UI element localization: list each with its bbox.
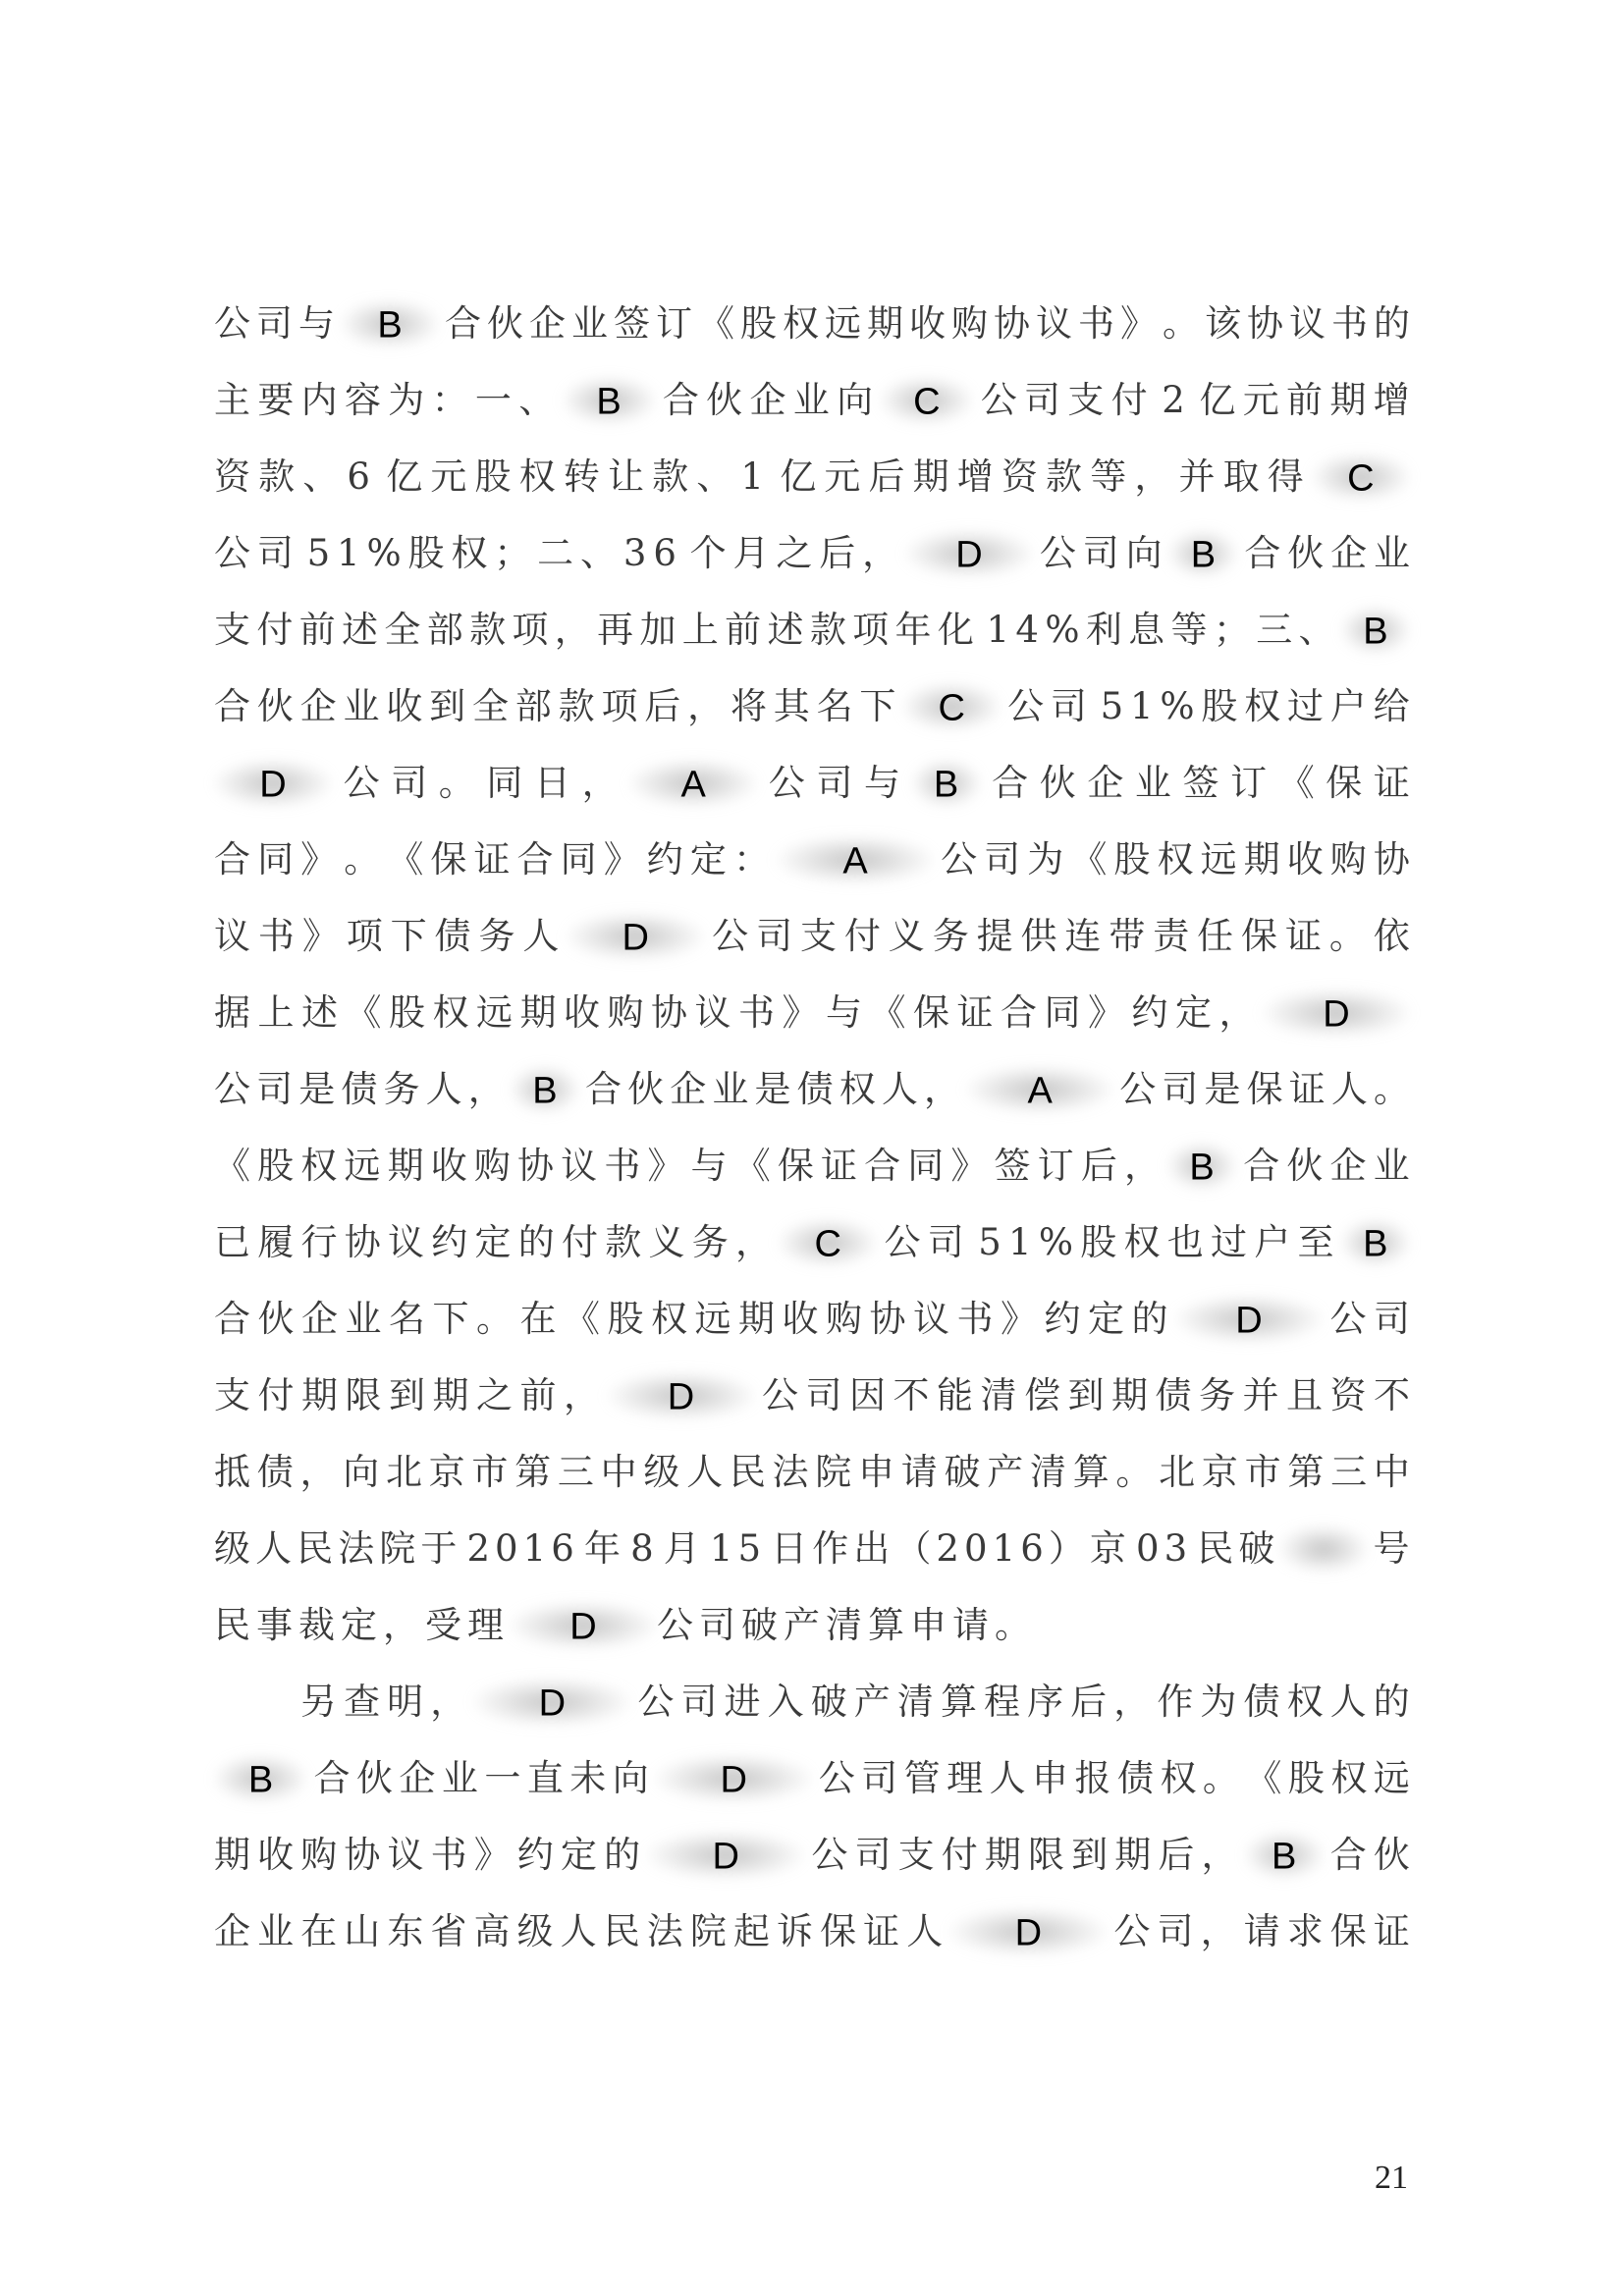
- party-label: A: [842, 843, 867, 881]
- text-char: 述: [767, 601, 803, 660]
- text-char: 2: [936, 1520, 959, 1578]
- text-char: 期: [913, 448, 949, 507]
- text-char: 约: [517, 1826, 554, 1885]
- redacted-party: D: [473, 1673, 630, 1732]
- text-char: 公: [1113, 1902, 1150, 1961]
- text-char: 合: [1243, 1137, 1279, 1196]
- redacted-party: A: [629, 754, 757, 813]
- text-char: 未: [569, 1749, 606, 1808]
- redacted-party: B: [511, 1060, 579, 1119]
- redacted-party: C: [880, 371, 973, 430]
- text-char: 保: [778, 1137, 814, 1196]
- text-char: 加: [639, 601, 676, 660]
- text-char: 省: [430, 1902, 466, 1961]
- text-char: 已: [214, 1213, 250, 1272]
- text-char: 业: [346, 1290, 382, 1349]
- text-char: 取: [1223, 448, 1260, 507]
- text-char: 高: [473, 1902, 510, 1961]
- text-char: （: [894, 1520, 931, 1578]
- text-char: 公: [941, 830, 977, 889]
- text-char: 入: [768, 1673, 804, 1732]
- text-char: 产: [854, 1673, 891, 1732]
- text-char: 序: [1027, 1673, 1063, 1732]
- text-char: 议: [561, 1137, 597, 1196]
- text-char: 中: [1374, 1443, 1410, 1502]
- text-char: 、: [518, 371, 555, 430]
- text-char: 业: [442, 1749, 478, 1808]
- text-line: 抵债，向北京市第三中级人民法院申请破产清算。北京市第三中: [214, 1443, 1410, 1502]
- text-char: 公: [657, 1596, 693, 1655]
- text-char: 伙: [257, 677, 294, 736]
- text-char: 。: [1115, 1443, 1152, 1502]
- text-char: 司: [861, 1749, 897, 1808]
- text-char: ；: [494, 524, 530, 583]
- text-char: ，: [735, 1213, 772, 1272]
- text-char: 合: [445, 294, 481, 353]
- party-label: D: [1015, 1915, 1042, 1952]
- text-char: 保: [1247, 1060, 1283, 1119]
- text-char: 亿: [386, 448, 422, 507]
- text-char: 定: [475, 1213, 512, 1272]
- text-char: 司: [256, 1060, 293, 1119]
- text-char: 企: [529, 294, 566, 353]
- text-char: 增: [957, 448, 994, 507]
- text-char: 伙: [1374, 1826, 1410, 1885]
- text-char: 定: [341, 1596, 377, 1655]
- text-char: %: [1160, 677, 1194, 736]
- text-char: 个: [690, 524, 727, 583]
- redaction-blur: [1279, 1525, 1368, 1573]
- text-char: 。: [1163, 294, 1199, 353]
- text-char: 协: [870, 1290, 906, 1349]
- text-char: 义: [649, 1213, 685, 1272]
- text-char: 企: [214, 1902, 250, 1961]
- text-char: 债: [341, 1060, 377, 1119]
- text-char: 企: [1330, 1137, 1367, 1196]
- text-char: 公: [819, 1749, 855, 1808]
- text-char: 业: [343, 677, 379, 736]
- text-char: ，: [1219, 984, 1256, 1042]
- text-char: 司: [806, 1366, 842, 1425]
- text-char: 民: [730, 1443, 766, 1502]
- text-char: 合: [585, 1060, 622, 1119]
- text-char: 股: [740, 294, 777, 353]
- text-char: 公: [885, 1213, 921, 1272]
- text-char: 企: [749, 371, 785, 430]
- text-char: 下: [859, 677, 895, 736]
- text-char: 至: [1298, 1213, 1334, 1272]
- text-char: 收: [909, 294, 946, 353]
- text-char: 后: [868, 448, 904, 507]
- text-char: 供: [1021, 907, 1057, 966]
- text-char: 元: [824, 448, 860, 507]
- text-char: 一: [484, 1749, 520, 1808]
- text-char: 作: [1157, 1673, 1193, 1732]
- text-char: 期: [1329, 371, 1366, 430]
- text-char: 期: [867, 294, 903, 353]
- text-char: 后: [1081, 1137, 1117, 1196]
- text-char: 伙: [706, 371, 742, 430]
- text-char: 款: [469, 601, 506, 660]
- text-char: 司: [1157, 1902, 1193, 1961]
- text-char: 申: [858, 1443, 894, 1502]
- text-char: 协: [345, 1213, 381, 1272]
- text-char: 利: [1086, 601, 1122, 660]
- text-char: 务: [692, 1213, 729, 1272]
- text-char: 定: [1175, 984, 1212, 1042]
- text-char: 议: [388, 1213, 424, 1272]
- text-char: 企: [1330, 524, 1367, 583]
- text-line: 另查明，D公司进入破产清算程序后，作为债权人的: [300, 1673, 1410, 1732]
- text-char: 名: [817, 677, 853, 736]
- text-char: 事: [256, 1596, 293, 1655]
- text-char: 破: [741, 1596, 778, 1655]
- text-char: 订: [1038, 1137, 1074, 1196]
- text-char: 连: [1064, 907, 1101, 966]
- text-char: 司: [928, 1213, 964, 1272]
- text-char: 5: [307, 524, 331, 583]
- text-char: 京: [1090, 1520, 1126, 1578]
- text-char: 项: [347, 907, 383, 966]
- text-char: 年: [584, 1520, 621, 1578]
- text-char: ：: [432, 371, 468, 430]
- text-char: 协: [517, 1137, 554, 1196]
- text-char: 务: [478, 907, 514, 966]
- text-char: ，: [430, 1673, 466, 1732]
- text-char: 3: [623, 524, 647, 583]
- text-char: 到: [1068, 1366, 1105, 1425]
- text-char: 6: [347, 448, 370, 507]
- text-char: 与: [826, 984, 862, 1042]
- text-char: 第: [514, 1443, 551, 1502]
- text-char: 支: [1067, 371, 1104, 430]
- text-char: 请: [1244, 1902, 1280, 1961]
- text-char: 义: [889, 907, 925, 966]
- text-char: 民: [297, 1520, 333, 1578]
- text-char: 期: [738, 1290, 775, 1349]
- text-char: 化: [938, 601, 974, 660]
- redacted-party: D: [655, 1749, 812, 1808]
- text-char: 《: [346, 984, 382, 1042]
- text-char: 证: [821, 1137, 857, 1196]
- text-char: 证: [957, 984, 994, 1042]
- text-char: 期: [520, 984, 557, 1042]
- text-char: 股: [389, 984, 425, 1042]
- party-label: C: [913, 384, 940, 421]
- text-char: 司: [391, 754, 427, 813]
- text-char: 公: [762, 1366, 798, 1425]
- text-char: 资: [1330, 1366, 1367, 1425]
- text-char: 同: [907, 1137, 944, 1196]
- text-char: 要: [257, 371, 294, 430]
- redacted-party: D: [510, 1596, 657, 1655]
- text-char: 受: [425, 1596, 461, 1655]
- text-char: 务: [933, 907, 969, 966]
- text-line: 合伙企业名下。在《股权远期收购协议书》约定的D公司: [214, 1290, 1410, 1349]
- text-char: 与: [691, 1137, 728, 1196]
- text-char: ，: [1201, 1902, 1237, 1961]
- text-char: 合: [1001, 984, 1037, 1042]
- text-char: ，: [1134, 448, 1170, 507]
- text-char: 权: [1160, 1749, 1196, 1808]
- text-char: 责: [1153, 907, 1189, 966]
- text-char: 期: [1114, 1826, 1151, 1885]
- text-char: ，: [924, 1060, 960, 1119]
- text-char: 支: [898, 1826, 935, 1885]
- text-char: 与: [864, 754, 900, 813]
- text-char: ，: [299, 1443, 336, 1502]
- text-char: 5: [978, 1213, 1001, 1272]
- text-char: 日: [534, 754, 570, 813]
- text-char: 业: [1374, 1137, 1410, 1196]
- redacted-party: B: [1341, 1213, 1410, 1272]
- text-char: 期: [433, 1366, 469, 1425]
- text-char: 6: [653, 524, 677, 583]
- text-char: 1: [740, 448, 764, 507]
- text-char: 5: [1101, 677, 1124, 736]
- text-char: 申: [1032, 1749, 1068, 1808]
- text-char: 内: [301, 371, 338, 430]
- text-char: 权: [651, 1290, 687, 1349]
- text-char: ，: [582, 754, 619, 813]
- text-char: 限: [1028, 1826, 1064, 1885]
- text-char: 股: [1288, 1749, 1325, 1808]
- text-char: 前: [299, 601, 336, 660]
- text-char: 司: [1162, 1060, 1198, 1119]
- text-char: 、: [696, 448, 732, 507]
- text-char: 权: [451, 524, 487, 583]
- text-char: 》: [1001, 1290, 1037, 1349]
- text-char: 保: [1326, 754, 1362, 813]
- text-char: 伙: [1040, 754, 1076, 813]
- text-char: 清: [897, 1673, 934, 1732]
- text-char: 1: [710, 1520, 733, 1578]
- text-char: 破: [1238, 1520, 1274, 1578]
- text-char: 购: [300, 1826, 337, 1885]
- text-char: 等: [1171, 601, 1208, 660]
- text-char: 诉: [777, 1902, 813, 1961]
- text-char: 清: [981, 1366, 1017, 1425]
- text-char: 公: [811, 1826, 847, 1885]
- text-char: 协: [1374, 830, 1410, 889]
- text-char: 期: [1244, 830, 1280, 889]
- text-char: 5: [737, 1520, 761, 1578]
- text-char: 部: [515, 677, 552, 736]
- text-char: 民: [214, 1596, 250, 1655]
- text-char: 。: [995, 1596, 1031, 1655]
- text-char: 第: [1287, 1443, 1324, 1502]
- text-char: 购: [608, 984, 644, 1042]
- text-char: 4: [1015, 601, 1039, 660]
- text-char: 后: [644, 677, 680, 736]
- party-label: B: [1363, 1226, 1387, 1263]
- text-char: 企: [399, 1749, 435, 1808]
- text-char: 过: [1211, 1213, 1247, 1272]
- text-char: 得: [1268, 448, 1304, 507]
- text-char: 。: [476, 1290, 513, 1349]
- redacted-party: D: [949, 1902, 1107, 1961]
- redacted-party: D: [905, 524, 1033, 583]
- text-char: 债: [257, 1443, 294, 1502]
- redacted-party: A: [777, 830, 934, 889]
- party-label: B: [1189, 1149, 1214, 1187]
- text-char: 述: [342, 601, 378, 660]
- text-char: 明: [387, 1673, 423, 1732]
- text-char: 公: [214, 294, 250, 353]
- text-line: 已履行协议约定的付款义务，C公司 51%股权也过户至B: [214, 1213, 1410, 1272]
- text-char: 为: [1027, 830, 1063, 889]
- text-char: 人: [1331, 1060, 1368, 1119]
- text-char: 远: [825, 294, 861, 353]
- text-char: 协: [344, 1826, 380, 1885]
- text-char: 后: [1070, 1673, 1107, 1732]
- text-char: 》: [604, 830, 640, 889]
- text-char: 权: [300, 1137, 337, 1196]
- text-char: 另: [300, 1673, 337, 1732]
- text-char: 1: [523, 1520, 547, 1578]
- text-char: %: [1039, 1213, 1073, 1272]
- text-char: 债: [1243, 1673, 1279, 1732]
- text-char: 司: [256, 294, 293, 353]
- text-char: 收: [257, 1826, 294, 1885]
- text-char: 权: [839, 1060, 876, 1119]
- text-char: 订: [1230, 754, 1267, 813]
- text-char: 远: [476, 984, 513, 1042]
- text-char: 股: [475, 448, 512, 507]
- text-char: 《: [698, 294, 734, 353]
- text-char: 企: [670, 1060, 706, 1119]
- text-char: 前: [520, 1366, 557, 1425]
- text-char: 破: [811, 1673, 847, 1732]
- text-char: 购: [474, 1137, 511, 1196]
- text-char: 算: [1073, 1443, 1110, 1502]
- text-char: 提: [977, 907, 1013, 966]
- text-char: 全: [384, 601, 420, 660]
- text-char: 起: [733, 1902, 770, 1961]
- text-char: 行: [301, 1213, 338, 1272]
- text-char: 二: [537, 524, 573, 583]
- text-char: 户: [1254, 1213, 1290, 1272]
- party-label: D: [668, 1379, 694, 1416]
- text-char: 一: [475, 371, 512, 430]
- text-char: 证: [1289, 1060, 1326, 1119]
- text-char: 权: [1124, 1213, 1161, 1272]
- text-char: 合: [214, 830, 250, 889]
- text-char: 同: [561, 830, 597, 889]
- text-char: 定: [690, 830, 727, 889]
- text-char: 支: [800, 907, 837, 966]
- text-char: 收: [783, 1290, 819, 1349]
- text-char: 中: [601, 1443, 637, 1502]
- text-char: 》: [783, 984, 819, 1042]
- text-char: 议: [695, 984, 731, 1042]
- text-char: 查: [344, 1673, 380, 1732]
- text-char: 权: [1330, 1749, 1367, 1808]
- text-line: 支付前述全部款项，再加上前述款项年化 14%利息等；三、B: [214, 601, 1410, 660]
- text-char: 该: [1205, 294, 1241, 353]
- text-char: 司: [1083, 524, 1119, 583]
- text-char: 购: [951, 294, 988, 353]
- text-char: 元: [430, 448, 466, 507]
- text-char: 直: [527, 1749, 564, 1808]
- text-char: 是: [755, 1060, 791, 1119]
- redacted-party: [1279, 1520, 1368, 1578]
- party-label: D: [623, 920, 649, 957]
- text-char: 院: [379, 1520, 415, 1578]
- text-char: 合: [214, 677, 250, 736]
- text-char: 之: [476, 1366, 513, 1425]
- text-char: 司: [699, 1596, 735, 1655]
- text-char: 向: [837, 371, 873, 430]
- text-line: 支付期限到期之前，D公司因不能清偿到期债务并且资不: [214, 1366, 1410, 1425]
- text-char: 6: [1020, 1520, 1044, 1578]
- redacted-party: B: [912, 754, 981, 813]
- text-char: 司: [816, 754, 852, 813]
- text-char: 《: [387, 830, 423, 889]
- text-char: 人: [882, 1060, 918, 1119]
- text-char: 业: [1135, 754, 1171, 813]
- text-char: 》: [950, 1137, 987, 1196]
- redacted-party: D: [1175, 1290, 1323, 1349]
- text-char: 《: [1245, 1749, 1281, 1808]
- text-char: 人: [686, 1443, 723, 1502]
- text-char: 付: [1111, 371, 1148, 430]
- text-char: 3: [1164, 1520, 1188, 1578]
- text-char: 人: [255, 1520, 292, 1578]
- text-char: 6: [551, 1520, 574, 1578]
- text-line: 《股权远期收购协议书》与《保证合同》签订后，B合伙企业: [214, 1137, 1410, 1196]
- text-char: 、: [580, 524, 617, 583]
- text-char: ，: [1113, 1673, 1150, 1732]
- text-char: 之: [776, 524, 812, 583]
- text-char: 号: [1373, 1520, 1409, 1578]
- text-char: 产: [784, 1596, 820, 1655]
- text-char: 法: [338, 1520, 374, 1578]
- text-char: 息: [1128, 601, 1164, 660]
- text-char: 到: [1071, 1826, 1108, 1885]
- text-char: 《: [214, 1137, 250, 1196]
- text-char: 进: [725, 1673, 761, 1732]
- text-line: 级人民法院于 2016 年 8 月 15 日作出（2016）京 03 民破号: [214, 1520, 1410, 1578]
- redacted-party: A: [966, 1060, 1113, 1119]
- redacted-party: B: [341, 294, 439, 353]
- text-char: 收: [564, 984, 600, 1042]
- text-char: 议: [1289, 294, 1326, 353]
- text-char: 》: [1120, 294, 1157, 353]
- redacted-party: C: [779, 1213, 877, 1272]
- text-char: 合: [313, 1749, 350, 1808]
- text-char: 任: [1197, 907, 1233, 966]
- text-char: 司: [680, 1673, 717, 1732]
- text-char: 月: [664, 1520, 700, 1578]
- text-char: 年: [895, 601, 932, 660]
- text-char: 股: [257, 1137, 294, 1196]
- text-char: 公: [1040, 524, 1076, 583]
- text-char: 远: [1374, 1749, 1410, 1808]
- text-char: 签: [1183, 754, 1219, 813]
- text-char: 期: [985, 1826, 1021, 1885]
- text-char: 付: [258, 1366, 295, 1425]
- text-char: 并: [1243, 1366, 1279, 1425]
- text-char: 带: [1109, 907, 1145, 966]
- party-label: C: [815, 1226, 841, 1263]
- text-char: 同: [257, 830, 294, 889]
- text-char: 亿: [1199, 371, 1235, 430]
- text-char: 签: [995, 1137, 1031, 1196]
- text-char: 》: [300, 830, 337, 889]
- redacted-party: B: [1167, 1137, 1236, 1196]
- text-char: 付: [942, 1826, 978, 1885]
